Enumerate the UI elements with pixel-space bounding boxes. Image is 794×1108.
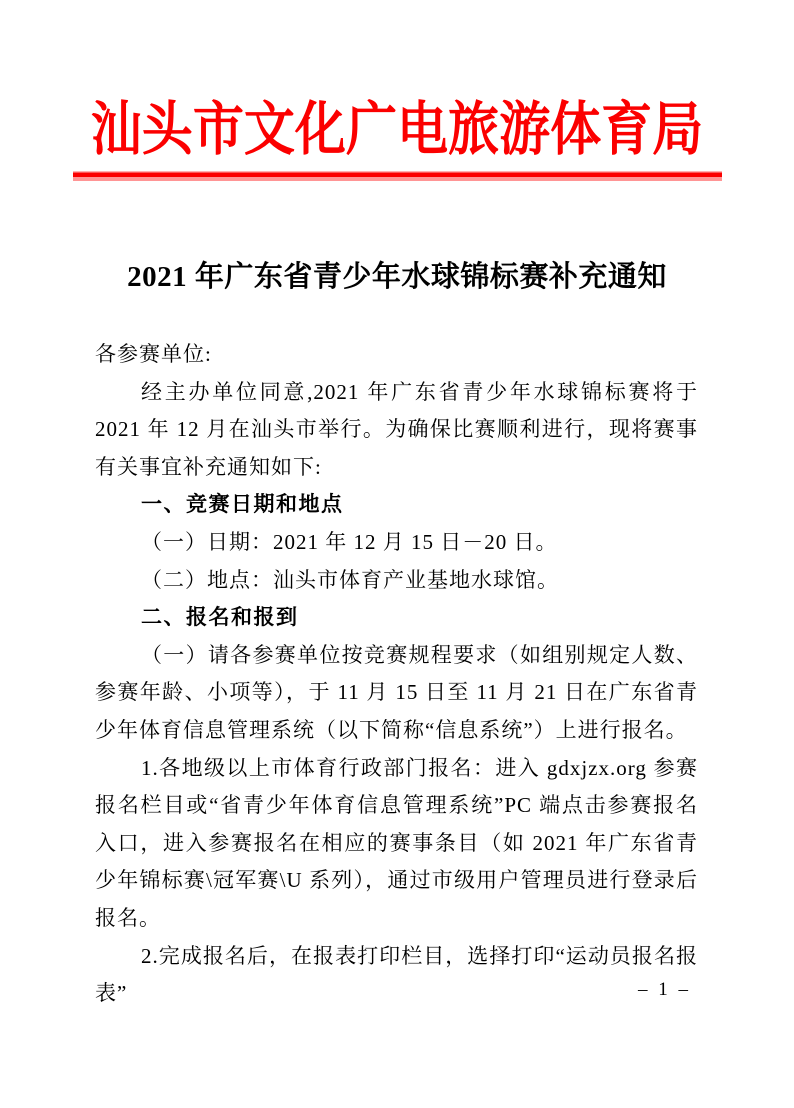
paragraph: （一）请各参赛单位按竞赛规程要求（如组别规定人数、参赛年龄、小项等），于 11 …	[95, 637, 698, 750]
letterhead-title: 汕头市文化广电旅游体育局	[48, 95, 747, 165]
paragraph: 1.各地级以上市体育行政部门报名：进入 gdxjzx.org 参赛报名栏目或“省…	[95, 750, 698, 938]
document-title: 2021 年广东省青少年水球锦标赛补充通知	[0, 256, 794, 298]
paragraph: 经主办单位同意,2021 年广东省青少年水球锦标赛将于 2021 年 12 月在…	[95, 374, 698, 487]
document-page: 汕头市文化广电旅游体育局 2021 年广东省青少年水球锦标赛补充通知 各参赛单位…	[0, 0, 794, 1108]
paragraph: 2.完成报名后，在报表打印栏目，选择打印“运动员报名报表”	[95, 938, 698, 1013]
paragraph: （二）地点：汕头市体育产业基地水球馆。	[95, 562, 698, 600]
document-body: 各参赛单位:经主办单位同意,2021 年广东省青少年水球锦标赛将于 2021 年…	[95, 336, 698, 1013]
section-heading: 一、竞赛日期和地点	[95, 486, 698, 524]
page-number: – 1 –	[638, 979, 691, 1001]
paragraph: （一）日期：2021 年 12 月 15 日－20 日。	[95, 524, 698, 562]
letterhead-rule	[73, 171, 722, 181]
paragraph: 各参赛单位:	[95, 336, 698, 374]
section-heading: 二、报名和报到	[95, 599, 698, 637]
